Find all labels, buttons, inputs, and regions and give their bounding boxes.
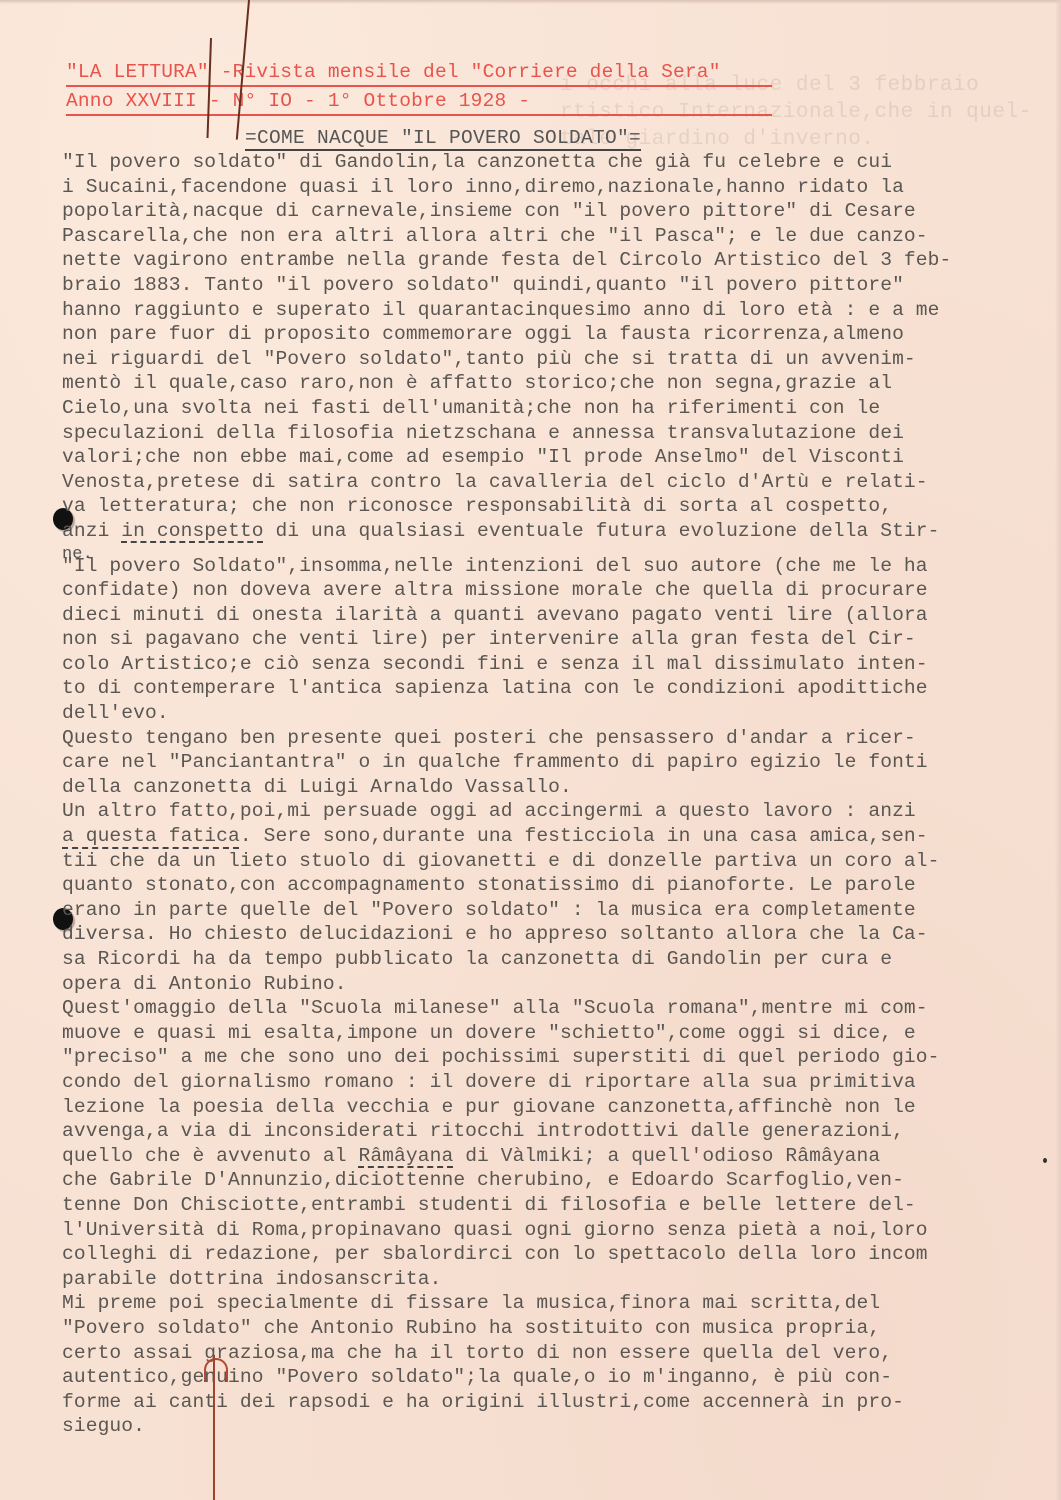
- masthead-line-issue: Anno XXVIII - N° IO - 1° Ottobre 1928 -: [66, 89, 772, 116]
- text-line: va letteratura; che non riconosce respon…: [62, 494, 1052, 519]
- text-line: Un altro fatto,poi,mi persuade oggi ad a…: [62, 799, 1052, 824]
- text-line: Cielo,una svolta nei fasti dell'umanità;…: [62, 396, 1052, 421]
- text-line: opera di Antonio Rubino.: [62, 972, 1052, 997]
- text-line: diversa. Ho chiesto delucidazioni e ho a…: [62, 922, 1052, 947]
- text-span: di una qualsiasi eventuale futura evoluz…: [264, 520, 940, 542]
- underlined-text: a questa fatica: [62, 825, 240, 847]
- text-line: muove e quasi mi esalta,impone un dovere…: [62, 1021, 1052, 1046]
- article-title-text: =COME NACQUE "IL POVERO SOLDATO"=: [245, 127, 641, 151]
- paragraph: Quest'omaggio della "Scuola milanese" al…: [62, 996, 1052, 1291]
- text-span: di Vàlmiki; a quell'odioso Râmâyana: [453, 1145, 880, 1167]
- text-line: nei riguardi del "Povero soldato",tanto …: [62, 347, 1052, 372]
- text-line: braio 1883. Tanto "il povero soldato" qu…: [62, 273, 1052, 298]
- text-line: Questo tengano ben presente quei posteri…: [62, 726, 1052, 751]
- text-line: quanto stonato,con accompagnamento stona…: [62, 873, 1052, 898]
- text-line: valori;che non ebbe mai,come ad esempio …: [62, 445, 1052, 470]
- article-title: =COME NACQUE "IL POVERO SOLDATO"=: [245, 127, 641, 149]
- text-line: dell'evo.: [62, 701, 1052, 726]
- text-line: "Il povero Soldato",insomma,nelle intenz…: [62, 554, 1052, 579]
- text-line: mentò il quale,caso raro,non è affatto s…: [62, 371, 1052, 396]
- article-body: "Il povero soldato" di Gandolin,la canzo…: [62, 150, 1052, 1439]
- text-line: non pare fuor di proposito commemorare o…: [62, 322, 1052, 347]
- text-line: Venosta,pretese di satira contro la cava…: [62, 470, 1052, 495]
- text-line: sa Ricordi ha da tempo pubblicato la can…: [62, 947, 1052, 972]
- page-top-edge: [0, 0, 1061, 4]
- text-line: non si pagavano che venti lire) per inte…: [62, 627, 1052, 652]
- text-line: della canzonetta di Luigi Arnaldo Vassal…: [62, 775, 1052, 800]
- text-line: to di contemperare l'antica sapienza lat…: [62, 676, 1052, 701]
- underlined-text: in conspetto: [121, 520, 263, 542]
- paragraph: Questo tengano ben presente quei posteri…: [62, 726, 1052, 800]
- text-line: "Il povero soldato" di Gandolin,la canzo…: [62, 150, 1052, 175]
- text-line: avvenga,a via di inconsiderati ritocchi …: [62, 1119, 1052, 1144]
- text-line: erano in parte quelle del "Povero soldat…: [62, 898, 1052, 923]
- masthead: "LA LETTURA" -Rivista mensile del "Corri…: [66, 60, 772, 118]
- text-line: confidate) non doveva avere altra missio…: [62, 578, 1052, 603]
- text-line: colo Artistico;e ciò senza secondi fini …: [62, 652, 1052, 677]
- paragraph: ne. "Il povero Soldato",insomma,nelle in…: [62, 554, 1052, 726]
- text-line: dieci minuti di onesta ilarità a quanti …: [62, 603, 1052, 628]
- text-line: lezione la poesia della vecchia e pur gi…: [62, 1095, 1052, 1120]
- text-line: Quest'omaggio della "Scuola milanese" al…: [62, 996, 1052, 1021]
- text-span: . Sere sono,durante una festicciola in u…: [240, 825, 928, 847]
- text-line: nette vagirono entrambe nella grande fes…: [62, 248, 1052, 273]
- text-line: speculazioni della filosofia nietzschana…: [62, 421, 1052, 446]
- text-line: colleghi di redazione, per sbalordirci c…: [62, 1242, 1052, 1267]
- text-line: condo del giornalismo romano : il dovere…: [62, 1070, 1052, 1095]
- text-line: care nel "Panciantantra" o in qualche fr…: [62, 750, 1052, 775]
- pen-arc-mark: [204, 1358, 228, 1382]
- text-line: l'Università di Roma,propinavano quasi o…: [62, 1218, 1052, 1243]
- paragraph: Un altro fatto,poi,mi persuade oggi ad a…: [62, 799, 1052, 996]
- pen-stroke-mark: [213, 1355, 215, 1500]
- text-span: quello che è avvenuto al: [62, 1145, 358, 1167]
- text-line: sieguo.: [62, 1414, 1052, 1439]
- text-line: Mi preme poi specialmente di fissare la …: [62, 1291, 1052, 1316]
- text-span: anzi: [62, 520, 121, 542]
- text-line: "preciso" a me che sono uno dei pochissi…: [62, 1045, 1052, 1070]
- text-line: anzi in conspetto di una qualsiasi event…: [62, 519, 1052, 544]
- text-line: Pascarella,che non era altri allora altr…: [62, 224, 1052, 249]
- masthead-line-publication: "LA LETTURA" -Rivista mensile del "Corri…: [66, 60, 772, 87]
- text-line: a questa fatica. Sere sono,durante una f…: [62, 824, 1052, 849]
- underlined-text: Râmâyana: [358, 1145, 453, 1167]
- text-line: parabile dottrina indosanscrita.: [62, 1267, 1052, 1292]
- text-line: tenne Don Chisciotte,entrambi studenti d…: [62, 1193, 1052, 1218]
- text-line: hanno raggiunto e superato il quarantaci…: [62, 298, 1052, 323]
- text-line: i Sucaini,facendone quasi il loro inno,d…: [62, 175, 1052, 200]
- text-line: popolarità,nacque di carnevale,insieme c…: [62, 199, 1052, 224]
- text-line: "Povero soldato" che Antonio Rubino ha s…: [62, 1316, 1052, 1341]
- text-line: quello che è avvenuto al Râmâyana di Vàl…: [62, 1144, 1052, 1169]
- text-line: forme ai canti dei rapsodi e ha origini …: [62, 1390, 1052, 1415]
- paragraph: "Il povero soldato" di Gandolin,la canzo…: [62, 150, 1052, 554]
- text-line: tii che da un lieto stuolo di giovanetti…: [62, 849, 1052, 874]
- overtyped-continuation: ne.: [62, 545, 93, 564]
- page-right-edge: [1055, 0, 1061, 1500]
- text-line: che Gabrile D'Annunzio,diciottenne cheru…: [62, 1168, 1052, 1193]
